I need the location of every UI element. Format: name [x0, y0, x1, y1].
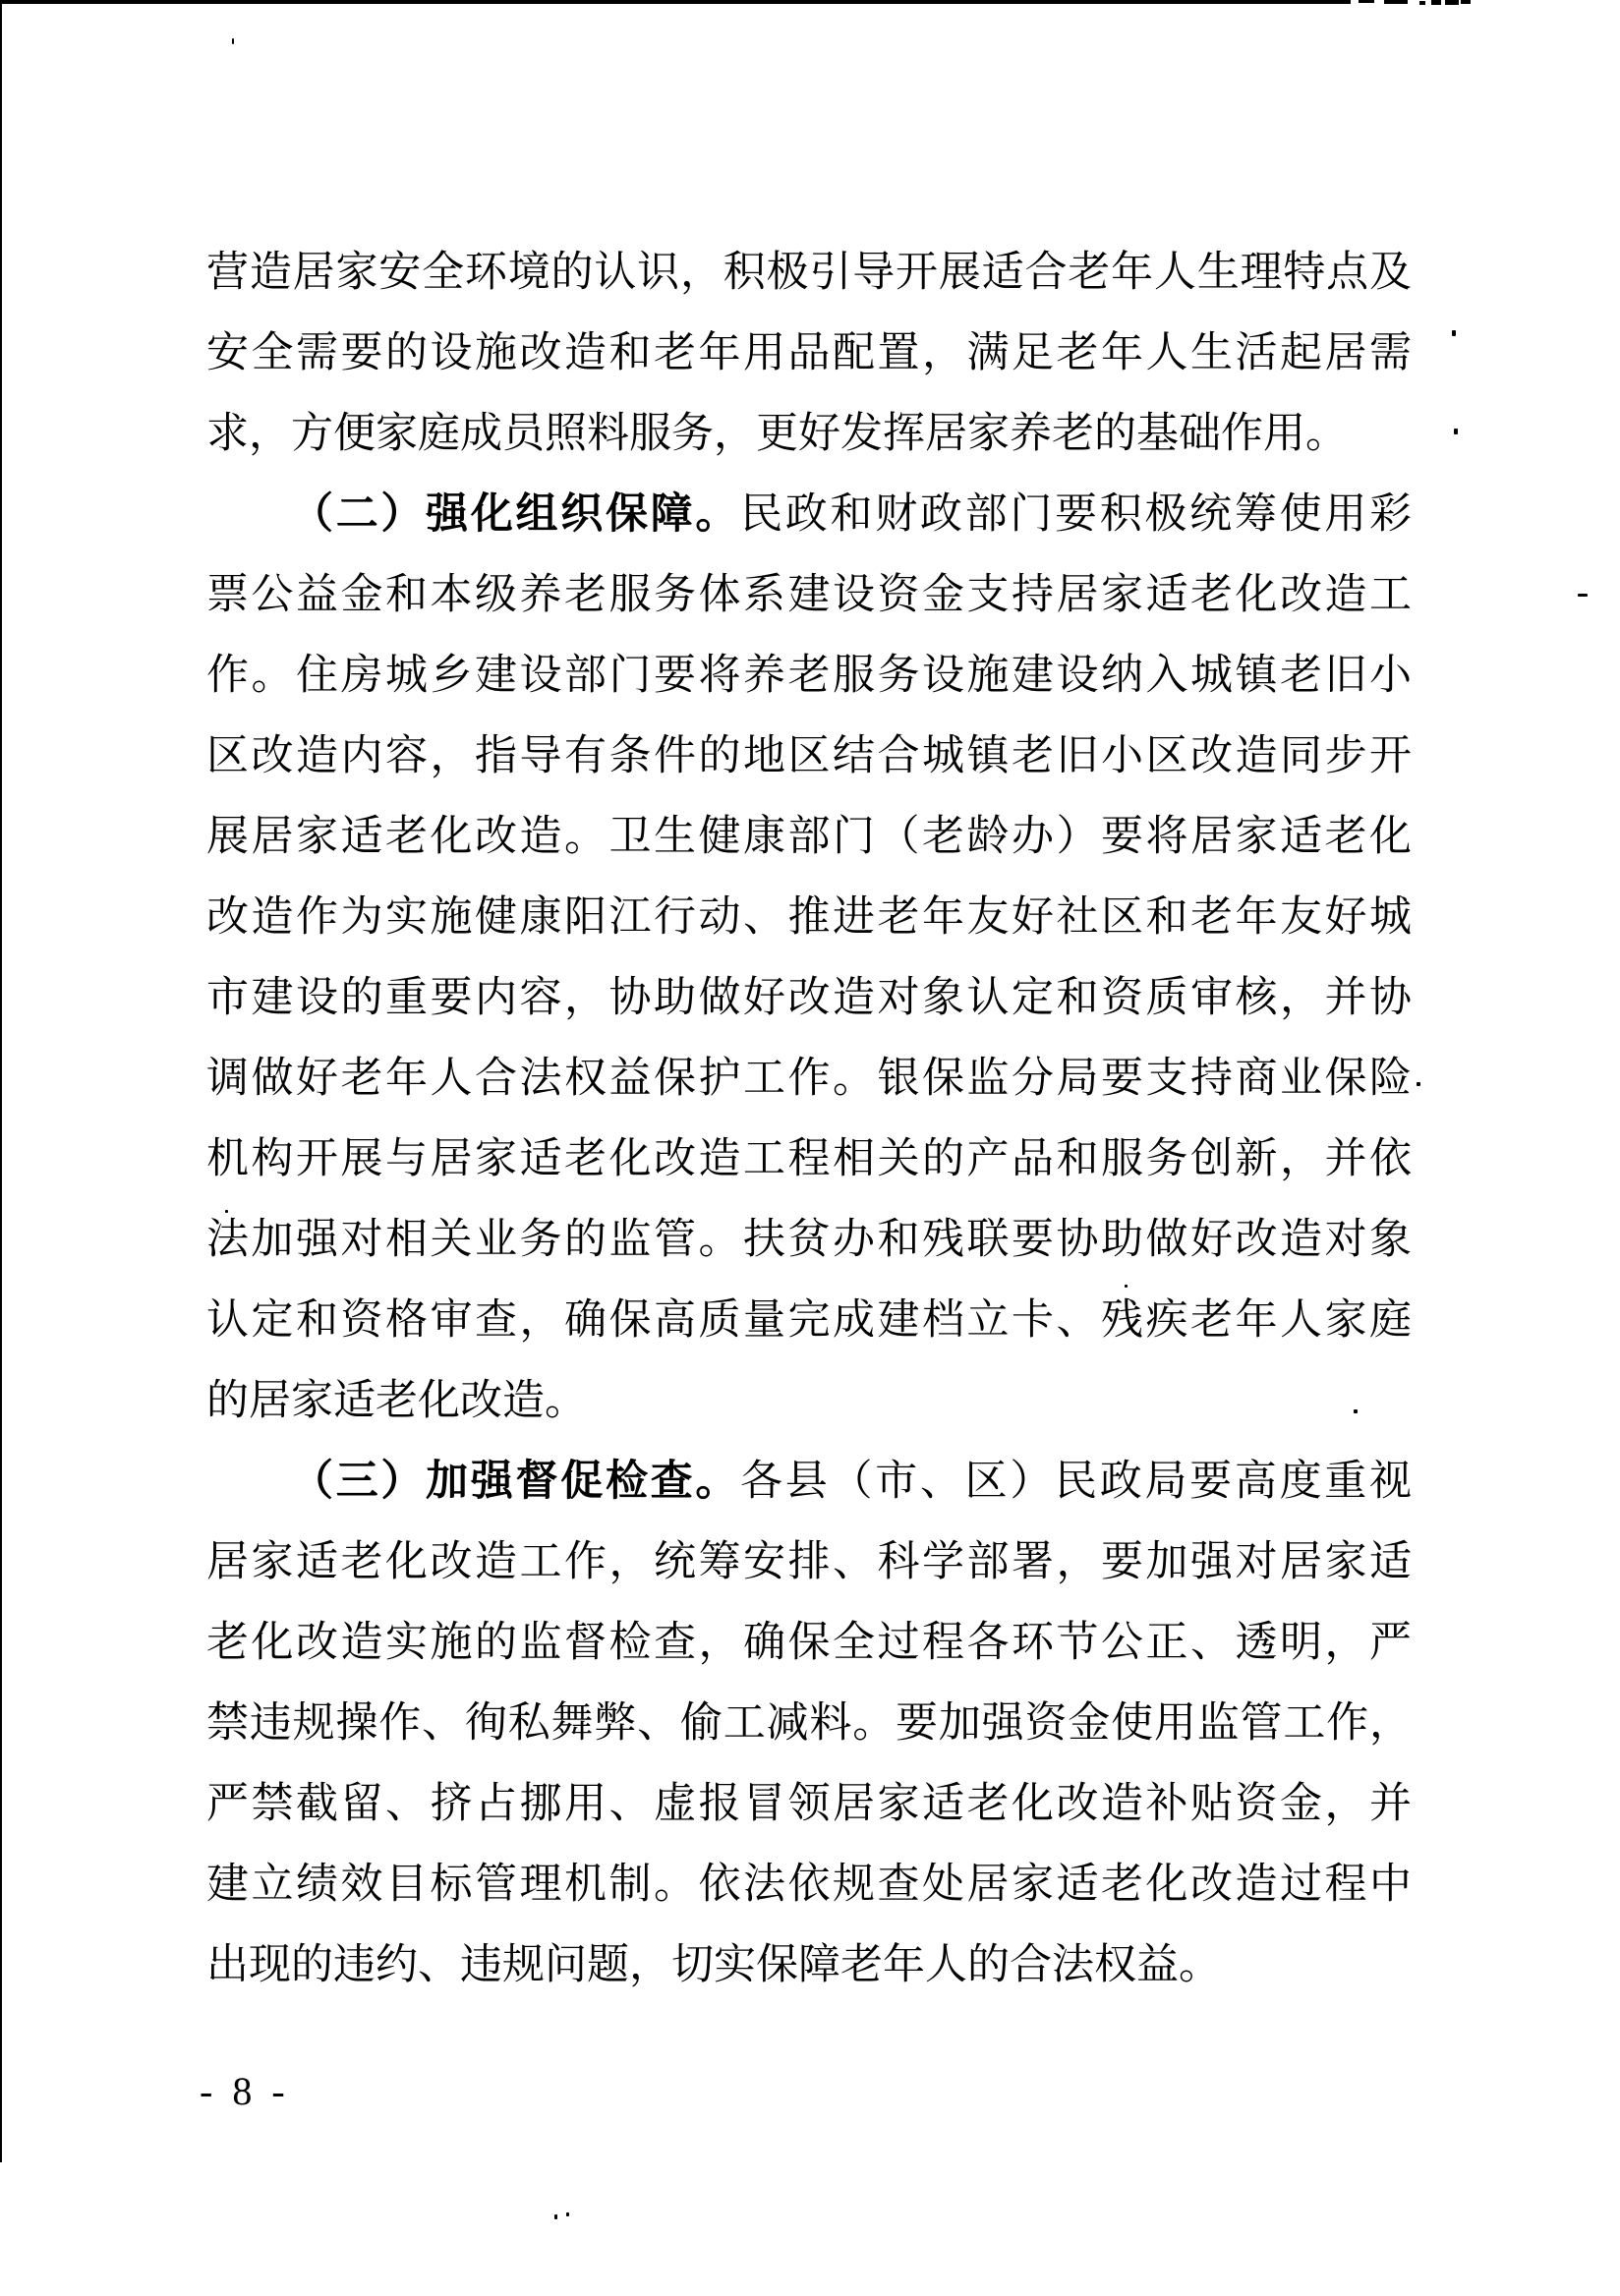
scan-speck	[1125, 1285, 1128, 1288]
scan-border-dash	[1384, 0, 1408, 4]
document-line: 严禁截留、挤占挪用、虚报冒领居家适老化改造补贴资金，并	[206, 1764, 1412, 1845]
scan-speck	[1454, 429, 1458, 434]
document-line: 市建设的重要内容，协助做好改造对象认定和资质审核，并协	[206, 958, 1412, 1039]
scan-border-dash	[1359, 0, 1374, 3]
scan-border-dash	[1431, 0, 1441, 5]
document-page: 营造居家安全环境的认识，积极引导开展适合老年人生理特点及安全需要的设施改造和老年…	[0, 0, 1620, 2296]
scan-border-dash	[1461, 0, 1471, 4]
scan-speck	[554, 2214, 557, 2219]
document-line: 营造居家安全环境的认识，积极引导开展适合老年人生理特点及	[206, 233, 1412, 314]
document-body: 营造居家安全环境的认识，积极引导开展适合老年人生理特点及安全需要的设施改造和老年…	[206, 233, 1412, 2006]
document-line: 出现的违约、违规问题，切实保障老年人的合法权益。	[206, 1925, 1412, 2006]
document-line: 的居家适老化改造。	[206, 1361, 1412, 1442]
document-line: 机构开展与居家适老化改造工程相关的产品和服务创新，并依	[206, 1119, 1412, 1200]
scan-border-left	[0, 0, 2, 2162]
document-line: 作。住房城乡建设部门要将养老服务设施建设纳入城镇老旧小	[206, 636, 1412, 717]
scan-border-dash	[1445, 0, 1459, 5]
scan-speck	[1354, 1409, 1358, 1413]
document-line: 老化改造实施的监督检查，确保全过程各环节公正、透明，严	[206, 1603, 1412, 1684]
document-line: 改造作为实施健康阳江行动、推进老年友好社区和老年友好城	[206, 878, 1412, 958]
scan-speck	[225, 1210, 228, 1213]
scan-speck	[566, 2212, 569, 2216]
document-line: 展居家适老化改造。卫生健康部门（老龄办）要将居家适老化	[206, 797, 1412, 878]
document-line: 禁违规操作、徇私舞弊、偷工减料。要加强资金使用监管工作，	[206, 1684, 1412, 1764]
document-line: 求，方便家庭成员照料服务，更好发挥居家养老的基础作用。	[206, 394, 1412, 475]
document-line: 区改造内容，指导有条件的地区结合城镇老旧小区改造同步开	[206, 717, 1412, 797]
document-line: 法加强对相关业务的监管。扶贫办和残联要协助做好改造对象	[206, 1200, 1412, 1281]
document-line: 建立绩效目标管理机制。依法依规查处居家适老化改造过程中	[206, 1845, 1412, 1925]
scan-speck	[1417, 1082, 1420, 1086]
section-heading: （三）加强督促检查。	[291, 1459, 740, 1505]
document-line: 调做好老年人合法权益保护工作。银保监分局要支持商业保险	[206, 1039, 1412, 1119]
scan-border-top	[0, 0, 1351, 4]
document-line: 居家适老化改造工作，统筹安排、科学部署，要加强对居家适	[206, 1522, 1412, 1603]
scan-speck	[1578, 594, 1588, 597]
section-heading: （二）强化组织保障。	[291, 491, 740, 538]
document-line: 安全需要的设施改造和老年用品配置，满足老年人生活起居需	[206, 314, 1412, 394]
document-line: 认定和资格审查，确保高质量完成建档立卡、残疾老年人家庭	[206, 1281, 1412, 1361]
scan-border-dash	[1419, 1, 1425, 5]
page-number: - 8 -	[200, 2068, 290, 2114]
scan-speck	[232, 38, 234, 44]
document-line: 票公益金和本级养老服务体系建设资金支持居家适老化改造工	[206, 555, 1412, 636]
document-line: （二）强化组织保障。民政和财政部门要积极统筹使用彩	[206, 475, 1412, 555]
document-line: （三）加强督促检查。各县（市、区）民政局要高度重视	[206, 1442, 1412, 1522]
scan-speck	[1452, 330, 1456, 336]
